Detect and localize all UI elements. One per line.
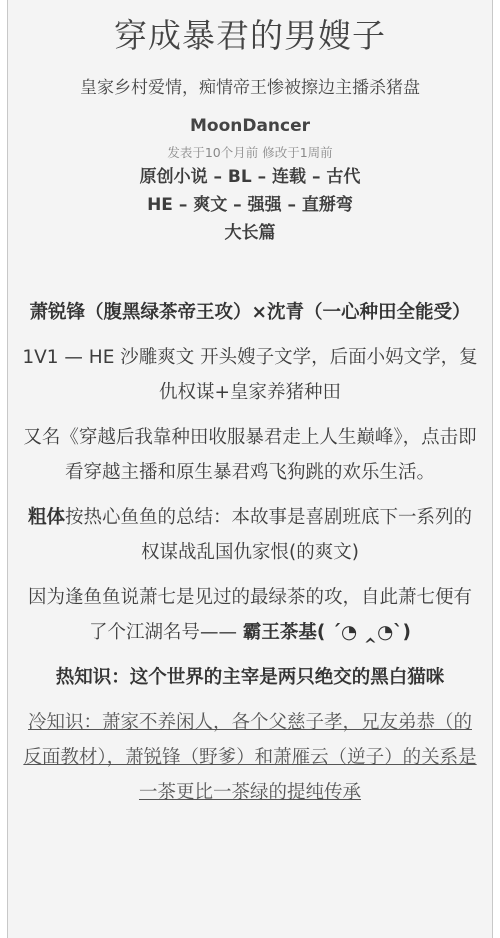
alt-name-line: 又名《穿越后我靠种田收服暴君走上人生巅峰》，点击即看穿越主播和原生暴君鸡飞狗跳的… bbox=[22, 420, 478, 490]
publish-dates: 发表于10个月前 修改于1周前 bbox=[0, 143, 500, 161]
bold-label: 粗体 bbox=[28, 507, 65, 528]
summary-text: 按热心鱼鱼的总结：本故事是喜剧班底下一系列的权谋战乱国仇家恨(的爽文) bbox=[65, 507, 472, 563]
tag-line[interactable]: 原创小说 – BL – 连载 – 古代 bbox=[0, 163, 500, 191]
work-subtitle: 皇家乡村爱情，痴情帝王惨被擦边主播杀猪盘 bbox=[0, 73, 500, 98]
nickname-line: 因为逢鱼鱼说萧七是见过的最绿茶的攻，自此萧七便有了个江湖名号—— 霸王茶基( ´… bbox=[22, 580, 478, 650]
tag-list: 原创小说 – BL – 连载 – 古代 HE – 爽文 – 强强 – 直掰弯 大… bbox=[0, 163, 500, 247]
nickname-bold: 霸王茶基 bbox=[243, 622, 317, 643]
emoticon: ( ´◔ ‸◔`) bbox=[317, 622, 411, 643]
pairing-line: 萧锐锋（腹黑绿茶帝王攻）×沈青（一心种田全能受） bbox=[22, 295, 478, 330]
genre-line: 1V1 — HE 沙雕爽文 开头嫂子文学，后面小妈文学，复仇权谋+皇家养猪种田 bbox=[22, 340, 478, 410]
author-link[interactable]: MoonDancer bbox=[0, 116, 500, 136]
tag-line[interactable]: 大长篇 bbox=[0, 219, 500, 247]
cold-fact-line: 冷知识：萧家不养闲人，各个父慈子孝，兄友弟恭（的反面教材），萧锐锋（野爹）和萧雁… bbox=[22, 705, 478, 810]
work-title: 穿成暴君的男嫂子 bbox=[0, 10, 500, 57]
tag-line[interactable]: HE – 爽文 – 强强 – 直掰弯 bbox=[0, 191, 500, 219]
summary-line: 粗体按热心鱼鱼的总结：本故事是喜剧班底下一系列的权谋战乱国仇家恨(的爽文) bbox=[22, 500, 478, 570]
summary-body: 萧锐锋（腹黑绿茶帝王攻）×沈青（一心种田全能受） 1V1 — HE 沙雕爽文 开… bbox=[22, 295, 478, 820]
hot-fact-line: 热知识：这个世界的主宰是两只绝交的黑白猫咪 bbox=[22, 660, 478, 695]
